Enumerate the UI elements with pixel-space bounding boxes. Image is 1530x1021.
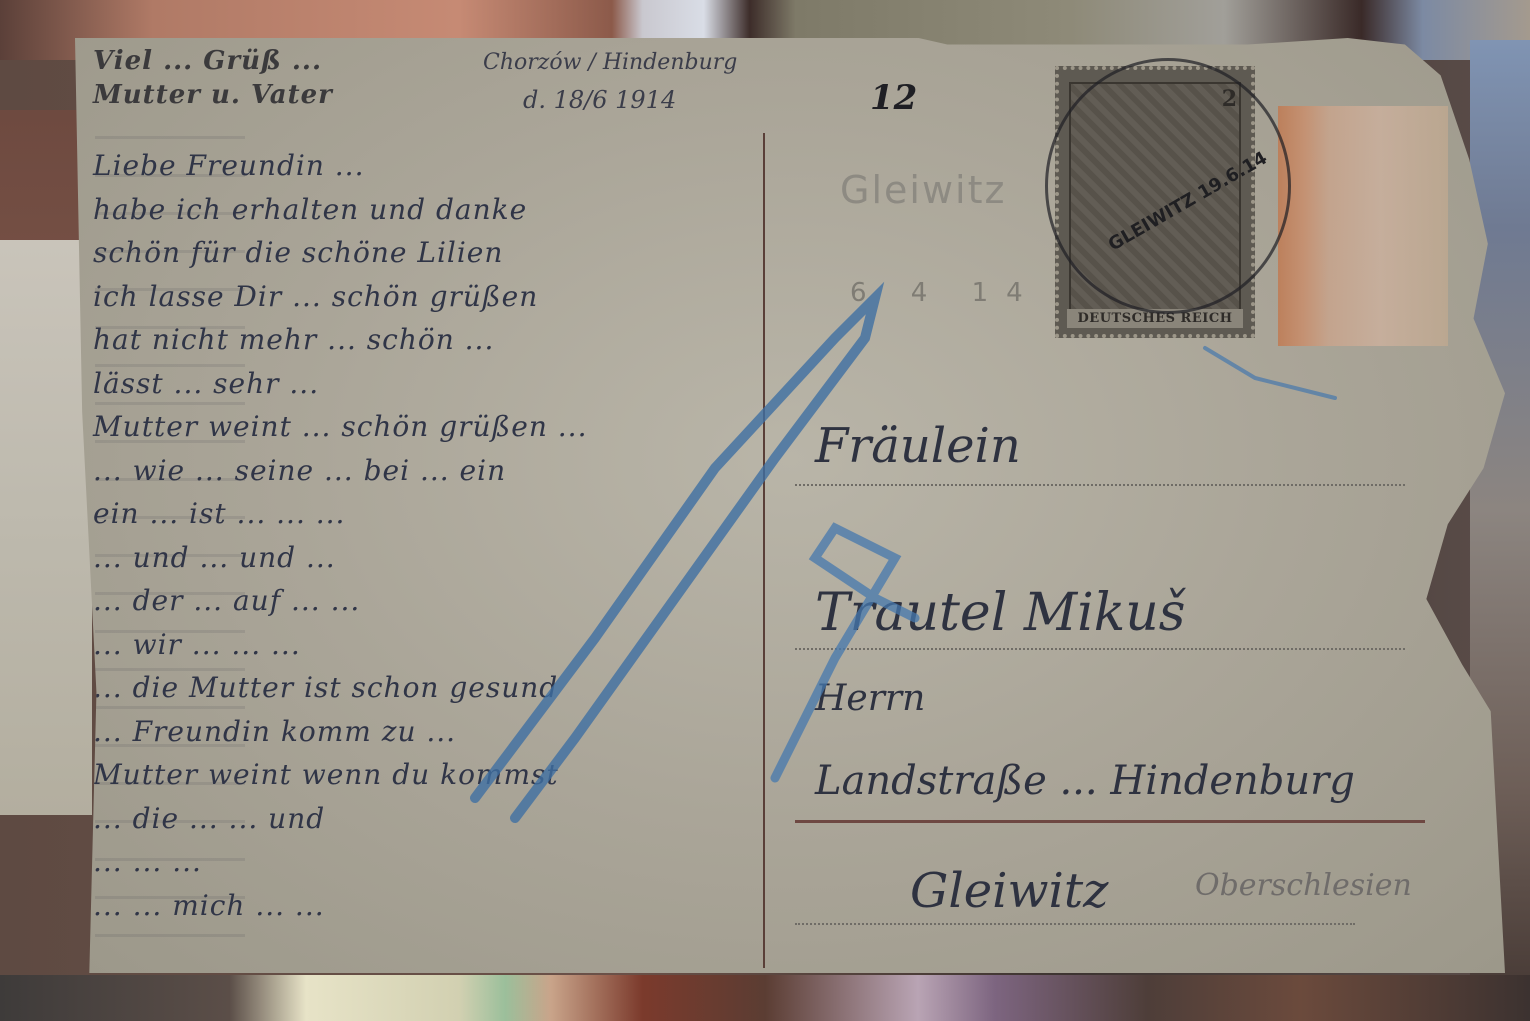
- message-line: ... ... mich ... ...: [93, 884, 773, 928]
- message-line: ... wie ... seine ... bei ... ein: [93, 449, 773, 493]
- message-line: ... die Mutter ist schon gesund: [93, 666, 773, 710]
- message-line: ich lasse Dir ... schön grüßen: [93, 275, 773, 319]
- message-area: Viel ... Grüß ... Mutter u. Vater Chorzó…: [93, 44, 763, 964]
- postcard: Viel ... Grüß ... Mutter u. Vater Chorzó…: [75, 38, 1505, 973]
- message-line: ... die ... ... und: [93, 797, 773, 841]
- page-number: 12: [870, 78, 917, 118]
- address-rule-red: [795, 820, 1425, 823]
- postage-stamp-orange: [1278, 106, 1448, 346]
- message-line: habe ich erhalten und danke: [93, 188, 773, 232]
- address-salutation: Fräulein: [815, 418, 1021, 474]
- header-line-2: Mutter u. Vater: [93, 78, 473, 112]
- message-line: ... Freundin komm zu ...: [93, 710, 773, 754]
- address-city: Gleiwitz: [910, 863, 1108, 919]
- background-left-white: [0, 240, 92, 815]
- address-name: Trautel Mikuš: [815, 583, 1185, 643]
- message-line: ... der ... auf ... ...: [93, 579, 773, 623]
- message-place: Chorzów / Hindenburg: [483, 50, 737, 75]
- address-city-extra: Oberschlesien: [1195, 868, 1412, 903]
- message-line: ein ... ist ... ... ...: [93, 492, 773, 536]
- message-line: Liebe Freundin ...: [93, 144, 773, 188]
- message-line: hat nicht mehr ... schön ...: [93, 318, 773, 362]
- message-line: schön für die schöne Lilien: [93, 231, 773, 275]
- address-rule: [795, 923, 1355, 925]
- message-header: Viel ... Grüß ... Mutter u. Vater: [93, 44, 473, 112]
- center-divider-line: [763, 133, 765, 968]
- address-street: Landstraße ... Hindenburg: [815, 758, 1355, 804]
- message-date: d. 18/6 1914: [523, 86, 676, 114]
- address-rule: [795, 484, 1405, 486]
- postmark-text: GLEIWITZ 19.6.14: [1105, 147, 1271, 255]
- header-line-1: Viel ... Grüß ...: [93, 44, 473, 78]
- address-rule: [795, 648, 1405, 650]
- address-title: Herrn: [815, 678, 925, 719]
- message-line: ... wir ... ... ...: [93, 623, 773, 667]
- background-bottom-books: [0, 975, 1530, 1021]
- message-line: lässt ... sehr ...: [93, 362, 773, 406]
- postmark-circle: GLEIWITZ 19.6.14: [1045, 58, 1291, 314]
- message-line: ... und ... und ...: [93, 536, 773, 580]
- message-line: ... ... ...: [93, 840, 773, 884]
- message-line: Mutter weint ... schön grüßen ...: [93, 405, 773, 449]
- message-lines: Liebe Freundin ... habe ich erhalten und…: [93, 144, 773, 927]
- place-stamp: Gleiwitz: [840, 168, 1006, 212]
- place-stamp-date: 6 4 14: [850, 278, 1041, 308]
- message-line: Mutter weint wenn du kommst: [93, 753, 773, 797]
